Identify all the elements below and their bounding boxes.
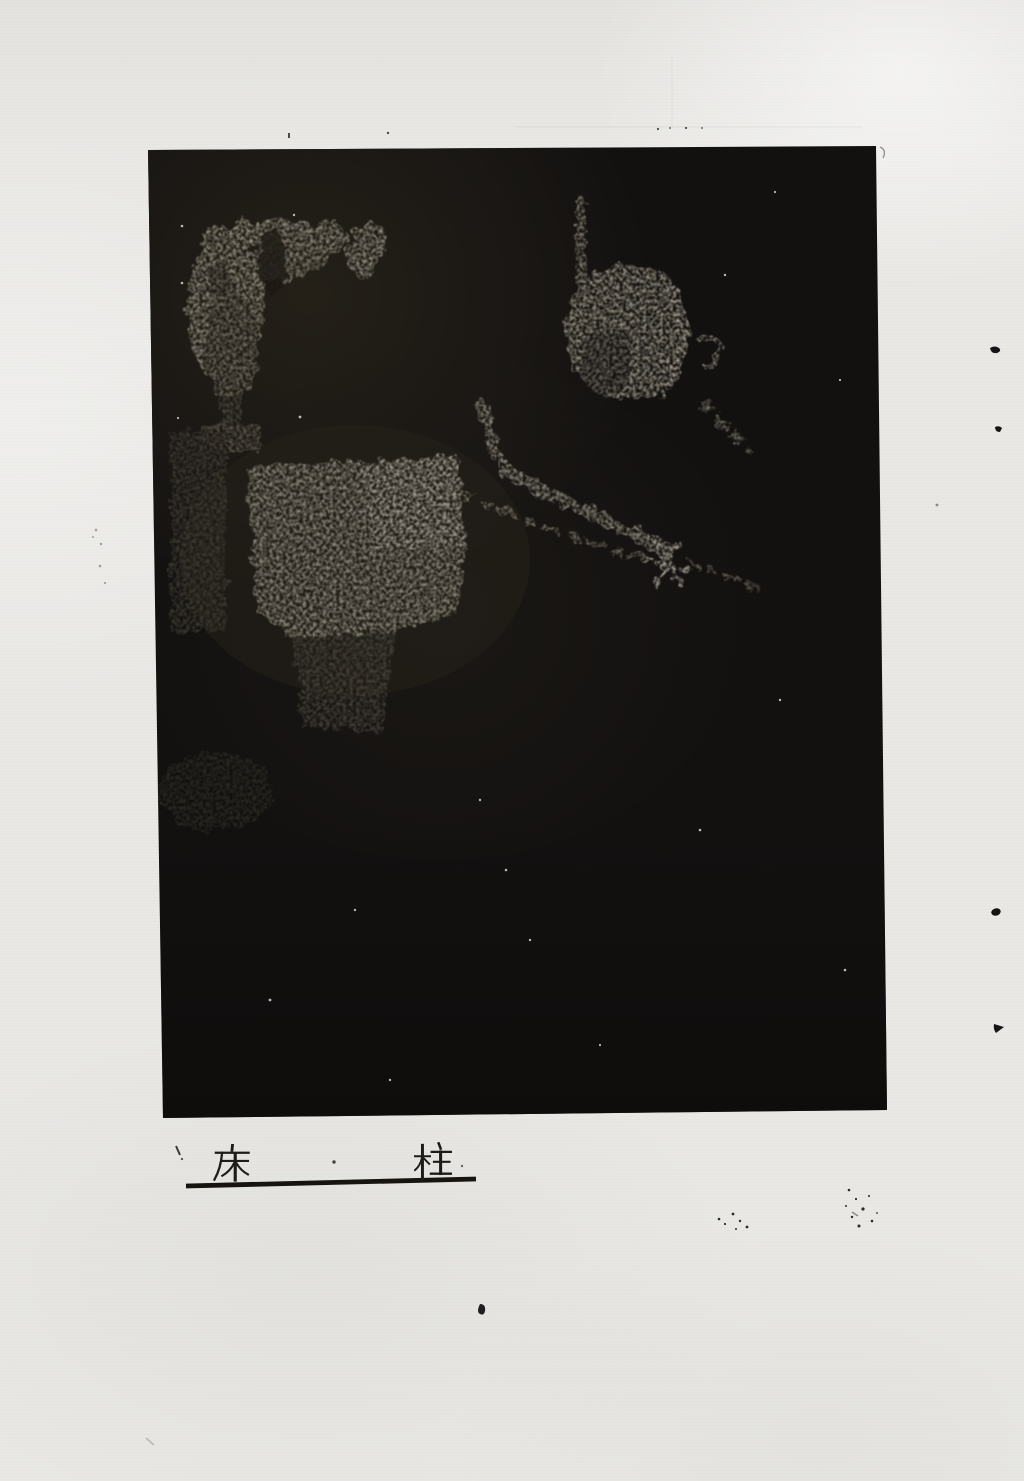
caption-text-toko: 床: [213, 1142, 253, 1182]
pencil-curl-mark: [880, 147, 884, 158]
speck-cluster-left: [718, 1213, 749, 1230]
toner-dots-top: [288, 127, 703, 138]
halftone-grain: [140, 140, 895, 1125]
caption: 床 柱: [0, 1135, 1024, 1205]
right-margin-specks: [990, 347, 1004, 1034]
faint-dot: [936, 504, 939, 507]
corner-faint-mark: [146, 1438, 154, 1445]
caption-text-bashira: 柱: [414, 1140, 454, 1180]
photo-plate: [140, 140, 895, 1125]
caption-char-toko: 床: [213, 1144, 251, 1182]
left-margin-dots: [92, 529, 106, 584]
caption-char-bashira: 柱: [414, 1142, 452, 1180]
scanned-page: 床 柱: [0, 0, 1024, 1481]
photo-art: [140, 140, 895, 1125]
bottom-speck: [478, 1304, 485, 1315]
